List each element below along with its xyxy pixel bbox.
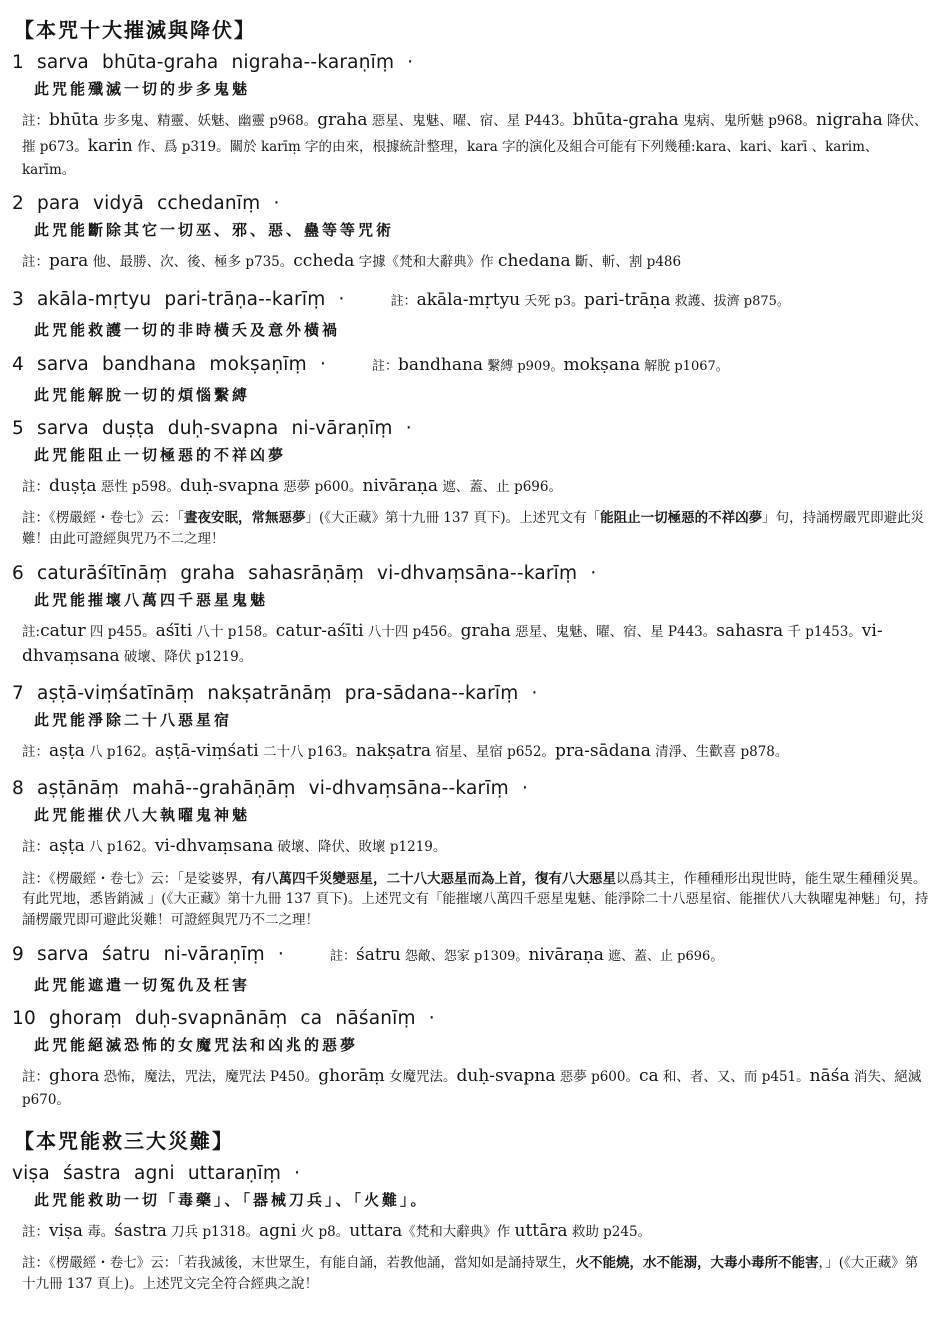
note-segment: chedana	[498, 251, 571, 271]
sanskrit-line: 2 para vidyā cchedanīṃ ·	[12, 193, 280, 214]
sanskrit-line: viṣa śastra agni uttaraṇīṃ ·	[12, 1163, 300, 1184]
note-inline: 註：akāla-mṛtyu 夭死 p3。pari-trāṇa 救護、拔濟 p87…	[391, 288, 790, 314]
note-segment: 註：	[372, 359, 398, 374]
sanskrit-line: 7 aṣṭā-viṃśatīnāṃ nakṣatrānāṃ pra-sādana…	[12, 683, 538, 704]
chinese-meaning: 此咒能淨除二十八惡星宿	[34, 709, 936, 730]
item-header-row: 7 aṣṭā-viṃśatīnāṃ nakṣatrānāṃ pra-sādana…	[12, 683, 936, 704]
mantra-item: 8 aṣṭānāṃ mahā--grahāṇāṃ vi-dhvaṃsāna--k…	[12, 778, 936, 930]
chinese-meaning: 此咒能絕滅恐怖的女魔咒法和凶兆的惡夢	[34, 1034, 936, 1055]
note-segment: graha	[461, 621, 511, 641]
note-segment: 火不能燒，水不能溺，大毒小毒所不能害	[576, 1255, 819, 1271]
note-segment: 註：	[22, 839, 49, 855]
note-segment: 八十 p158。	[192, 624, 276, 640]
item-header-row: 9 sarva śatru ni-vāraṇīṃ ·註：śatru 怨敵、怨家 …	[12, 943, 936, 969]
note-segment: 他、最勝、次、後、極多 p735。	[88, 254, 293, 270]
note-segment: karin	[88, 136, 133, 156]
section-heading: 【本咒能救三大災難】	[14, 1125, 936, 1154]
mantra-item: 3 akāla-mṛtyu pari-trāṇa--karīṃ ·註：akāla…	[12, 288, 936, 340]
note-segment: aṣṭā-viṃśati	[155, 741, 259, 761]
note-segment: 夭死 p3。	[520, 294, 584, 309]
note-segment: 註：《楞嚴經・卷七》云：「若我滅後，末世眾生，有能自誦，若教他誦，當知如是誦持眾…	[22, 1255, 576, 1271]
note-segment: 恐怖，魔法，咒法，魔咒法 P450。	[99, 1069, 318, 1085]
note-segment: 註：	[22, 113, 49, 129]
chinese-meaning: 此咒能摧伏八大執曜鬼神魅	[34, 804, 936, 825]
note-paragraph: 註：aṣṭa 八 p162。vi-dhvaṃsana 破壞、降伏、敗壞 p121…	[22, 834, 930, 860]
note-segment: 註：《楞嚴經・卷七》云：「	[22, 510, 184, 526]
note-segment: 惡夢 p600。	[279, 479, 363, 495]
note-segment: 怨敵、怨家 p1309。	[401, 949, 529, 964]
mantra-item: viṣa śastra agni uttaraṇīṃ ·此咒能救助一切「毒藥」、…	[12, 1163, 936, 1295]
note-segment: nivāraṇa	[363, 476, 438, 496]
note-segment: 救護、拔濟 p875。	[671, 294, 790, 309]
note-segment: nāśa	[810, 1066, 850, 1086]
sanskrit-line: 1 sarva bhūta-graha nigraha--karaṇīṃ ·	[12, 52, 413, 73]
note-segment: 字據《梵和大辭典》作	[354, 254, 498, 270]
note-paragraph: 註：《楞嚴經・卷七》云：「若我滅後，末世眾生，有能自誦，若教他誦，當知如是誦持眾…	[22, 1253, 930, 1294]
note-segment: 解脫 p1067。	[640, 359, 729, 374]
note-segment: ghorāṃ	[318, 1066, 384, 1086]
note-segment: uttāra	[515, 1221, 568, 1241]
note-segment: 破壞、降伏、敗壞 p1219。	[273, 839, 446, 855]
sanskrit-line: 4 sarva bandhana mokṣaṇīṃ ·	[12, 354, 326, 375]
note-segment: duḥ-svapna	[180, 476, 279, 496]
note-segment: 八十四 p456。	[364, 624, 461, 640]
note-paragraph: 註：ghora 恐怖，魔法，咒法，魔咒法 P450。ghorāṃ 女魔咒法。du…	[22, 1064, 930, 1110]
note-segment: 步多鬼、精靈、妖魅、幽靈 p968。	[99, 113, 318, 129]
note-segment: 繫縛 p909。	[483, 359, 563, 374]
note-segment: catur	[40, 621, 86, 641]
note-segment: 惡星、鬼魅、曜、宿、星 P443。	[367, 113, 572, 129]
item-header-row: 6 caturāśītīnāṃ graha sahasrāṇāṃ vi-dhva…	[12, 563, 936, 584]
note-segment: 惡夢 p600。	[555, 1069, 639, 1085]
note-segment: 遮、蓋、止 p696。	[604, 949, 723, 964]
note-segment: 八 p162。	[85, 839, 155, 855]
sanskrit-line: 8 aṣṭānāṃ mahā--grahāṇāṃ vi-dhvaṃsāna--k…	[12, 778, 528, 799]
note-segment: 能阻止一切極惡的不祥凶夢	[600, 510, 762, 526]
note-segment: ccheda	[293, 251, 354, 271]
note-segment: 清淨、生歡喜 p878。	[651, 744, 789, 760]
note-segment: 鬼病、鬼所魅 p968。	[679, 113, 817, 129]
mantra-item: 1 sarva bhūta-graha nigraha--karaṇīṃ ·此咒…	[12, 52, 936, 180]
item-header-row: 2 para vidyā cchedanīṃ ·	[12, 193, 936, 214]
note-paragraph: 註：《楞嚴經・卷七》云：「晝夜安眠，常無惡夢」(《大正藏》第十九冊 137 頁下…	[22, 508, 930, 549]
note-paragraph: 註：aṣṭa 八 p162。aṣṭā-viṃśati 二十八 p163。nakṣ…	[22, 739, 930, 765]
note-segment: agni	[259, 1221, 296, 1241]
sanskrit-line: 10 ghoraṃ duḥ-svapnānāṃ ca nāśanīṃ ·	[12, 1008, 435, 1029]
note-segment: śatru	[356, 945, 401, 965]
chinese-meaning: 此咒能阻止一切極惡的不祥凶夢	[34, 444, 936, 465]
chinese-meaning: 此咒能斷除其它一切巫、邪、惡、蠱等等咒術	[34, 219, 936, 240]
note-segment: 註：	[22, 744, 49, 760]
note-segment: 有八萬四千災變惡星，二十八大惡星而為上首，復有八大惡星	[252, 871, 617, 887]
sanskrit-line: 9 sarva śatru ni-vāraṇīṃ ·	[12, 944, 284, 965]
note-segment: nakṣatra	[356, 741, 431, 761]
note-segment: bandhana	[398, 355, 483, 375]
note-segment: graha	[317, 110, 367, 130]
note-segment: vi-dhvaṃsana	[155, 836, 273, 856]
note-segment: mokṣana	[563, 355, 640, 375]
note-segment: 註：	[22, 479, 49, 495]
note-segment: catur-aśīti	[276, 621, 364, 641]
note-segment: duṣṭa	[49, 476, 97, 496]
note-segment: 刀兵 p1318。	[167, 1224, 259, 1240]
chinese-meaning: 此咒能解脫一切的煩惱繫縛	[34, 384, 936, 405]
mantra-item: 2 para vidyā cchedanīṃ ·此咒能斷除其它一切巫、邪、惡、蠱…	[12, 193, 936, 275]
note-segment: 和、者、又、而 p451。	[659, 1069, 810, 1085]
chinese-meaning: 此咒能救助一切「毒藥」、「器械刀兵」、「火難」。	[34, 1189, 936, 1210]
note-segment: aṣṭa	[49, 836, 85, 856]
note-segment: śastra	[114, 1221, 167, 1241]
note-segment: 四 p455。	[86, 624, 156, 640]
note-segment: 火 p8。	[296, 1224, 349, 1240]
note-segment: 惡星、鬼魅、曜、宿、星 P443。	[511, 624, 716, 640]
sanskrit-line: 6 caturāśītīnāṃ graha sahasrāṇāṃ vi-dhva…	[12, 563, 596, 584]
note-segment: pari-trāṇa	[584, 290, 671, 310]
mantra-item: 7 aṣṭā-viṃśatīnāṃ nakṣatrānāṃ pra-sādana…	[12, 683, 936, 765]
note-paragraph: 註：duṣṭa 惡性 p598。duḥ-svapna 惡夢 p600。nivār…	[22, 474, 930, 500]
note-segment: 註:	[22, 624, 40, 640]
note-segment: pra-sādana	[555, 741, 651, 761]
mantra-item: 6 caturāśītīnāṃ graha sahasrāṇāṃ vi-dhva…	[12, 563, 936, 671]
note-paragraph: 註：《楞嚴經・卷七》云：「是娑婆界，有八萬四千災變惡星，二十八大惡星而為上首，復…	[22, 869, 930, 931]
note-segment: 斷、斬、割 p486	[571, 254, 682, 270]
note-segment: para	[49, 251, 88, 271]
note-segment: 註：	[22, 1224, 49, 1240]
item-header-row: 3 akāla-mṛtyu pari-trāṇa--karīṃ ·註：akāla…	[12, 288, 936, 314]
item-header-row: viṣa śastra agni uttaraṇīṃ ·	[12, 1163, 936, 1184]
note-segment: duḥ-svapna	[457, 1066, 556, 1086]
note-segment: ca	[639, 1066, 659, 1086]
note-segment: 註：	[391, 294, 417, 309]
section: 【本咒十大摧滅與降伏】1 sarva bhūta-graha nigraha--…	[12, 14, 936, 1111]
note-inline: 註：bandhana 繫縛 p909。mokṣana 解脫 p1067。	[372, 353, 729, 379]
section: 【本咒能救三大災難】viṣa śastra agni uttaraṇīṃ ·此咒…	[12, 1125, 936, 1295]
note-segment: bhūta	[49, 110, 99, 130]
note-segment: 遮、蓋、止 p696。	[438, 479, 562, 495]
note-segment: 《梵和大辭典》作	[402, 1224, 514, 1240]
item-header-row: 5 sarva duṣṭa duḥ-svapna ni-vāraṇīṃ ·	[12, 418, 936, 439]
item-header-row: 8 aṣṭānāṃ mahā--grahāṇāṃ vi-dhvaṃsāna--k…	[12, 778, 936, 799]
sanskrit-line: 5 sarva duṣṭa duḥ-svapna ni-vāraṇīṃ ·	[12, 418, 412, 439]
note-segment: 千 p1453。	[783, 624, 862, 640]
note-segment: 惡性 p598。	[97, 479, 181, 495]
chinese-meaning: 此咒能殲滅一切的步多鬼魅	[34, 78, 936, 99]
chinese-meaning: 此咒能遮遣一切冤仇及枉害	[34, 974, 936, 995]
note-segment: nivāraṇa	[528, 945, 603, 965]
note-segment: 救助 p245。	[568, 1224, 652, 1240]
note-paragraph: 註:catur 四 p455。aśīti 八十 p158。catur-aśīti…	[22, 619, 930, 671]
note-segment: 宿星、星宿 p652。	[431, 744, 555, 760]
note-segment: 八 p162。	[85, 744, 155, 760]
note-segment: ghora	[49, 1066, 99, 1086]
note-segment: 作、爲 p319。關於 karīṃ 字的由來，根據統計整理，kara 字的演化及…	[22, 139, 878, 178]
note-segment: 註：	[22, 1069, 49, 1085]
note-inline: 註：śatru 怨敵、怨家 p1309。nivāraṇa 遮、蓋、止 p696。	[330, 943, 723, 969]
note-paragraph: 註：viṣa 毒。śastra 刀兵 p1318。agni 火 p8。uttar…	[22, 1219, 930, 1245]
item-header-row: 1 sarva bhūta-graha nigraha--karaṇīṃ ·	[12, 52, 936, 73]
note-segment: bhūta-graha	[573, 110, 679, 130]
note-segment: 註：	[22, 254, 49, 270]
note-paragraph: 註：para 他、最勝、次、後、極多 p735。ccheda 字據《梵和大辭典》…	[22, 249, 930, 275]
mantra-item: 9 sarva śatru ni-vāraṇīṃ ·註：śatru 怨敵、怨家 …	[12, 943, 936, 995]
scanned-document-page: 【本咒十大摧滅與降伏】1 sarva bhūta-graha nigraha--…	[0, 0, 944, 1294]
note-segment: akāla-mṛtyu	[417, 290, 521, 310]
mantra-item: 4 sarva bandhana mokṣaṇīṃ ·註：bandhana 繫縛…	[12, 353, 936, 405]
mantra-item: 10 ghoraṃ duḥ-svapnānāṃ ca nāśanīṃ ·此咒能絕…	[12, 1008, 936, 1110]
sanskrit-line: 3 akāla-mṛtyu pari-trāṇa--karīṃ ·	[12, 289, 345, 310]
note-segment: 」(《大正藏》第十九冊 137 頁下)。上述咒文有「	[306, 510, 601, 526]
chinese-meaning: 此咒能摧壞八萬四千惡星鬼魅	[34, 589, 936, 610]
note-segment: 二十八 p163。	[259, 744, 356, 760]
note-segment: aṣṭa	[49, 741, 85, 761]
note-segment: viṣa	[49, 1221, 83, 1241]
note-segment: nigraha	[816, 110, 883, 130]
note-segment: 註：	[330, 949, 356, 964]
note-segment: aśīti	[156, 621, 193, 641]
item-header-row: 10 ghoraṃ duḥ-svapnānāṃ ca nāśanīṃ ·	[12, 1008, 936, 1029]
item-header-row: 4 sarva bandhana mokṣaṇīṃ ·註：bandhana 繫縛…	[12, 353, 936, 379]
mantra-item: 5 sarva duṣṭa duḥ-svapna ni-vāraṇīṃ ·此咒能…	[12, 418, 936, 550]
note-segment: 破壞、降伏 p1219。	[120, 649, 253, 665]
note-segment: 毒。	[83, 1224, 114, 1240]
note-segment: uttara	[349, 1221, 402, 1241]
section-heading: 【本咒十大摧滅與降伏】	[14, 14, 936, 43]
note-segment: 晝夜安眠，常無惡夢	[184, 510, 306, 526]
note-paragraph: 註：bhūta 步多鬼、精靈、妖魅、幽靈 p968。graha 惡星、鬼魅、曜、…	[22, 108, 930, 180]
note-segment: 女魔咒法。	[385, 1069, 457, 1085]
chinese-meaning: 此咒能救護一切的非時橫夭及意外橫禍	[34, 319, 936, 340]
note-segment: 註：《楞嚴經・卷七》云：「是娑婆界，	[22, 871, 252, 887]
note-segment: sahasra	[716, 621, 783, 641]
